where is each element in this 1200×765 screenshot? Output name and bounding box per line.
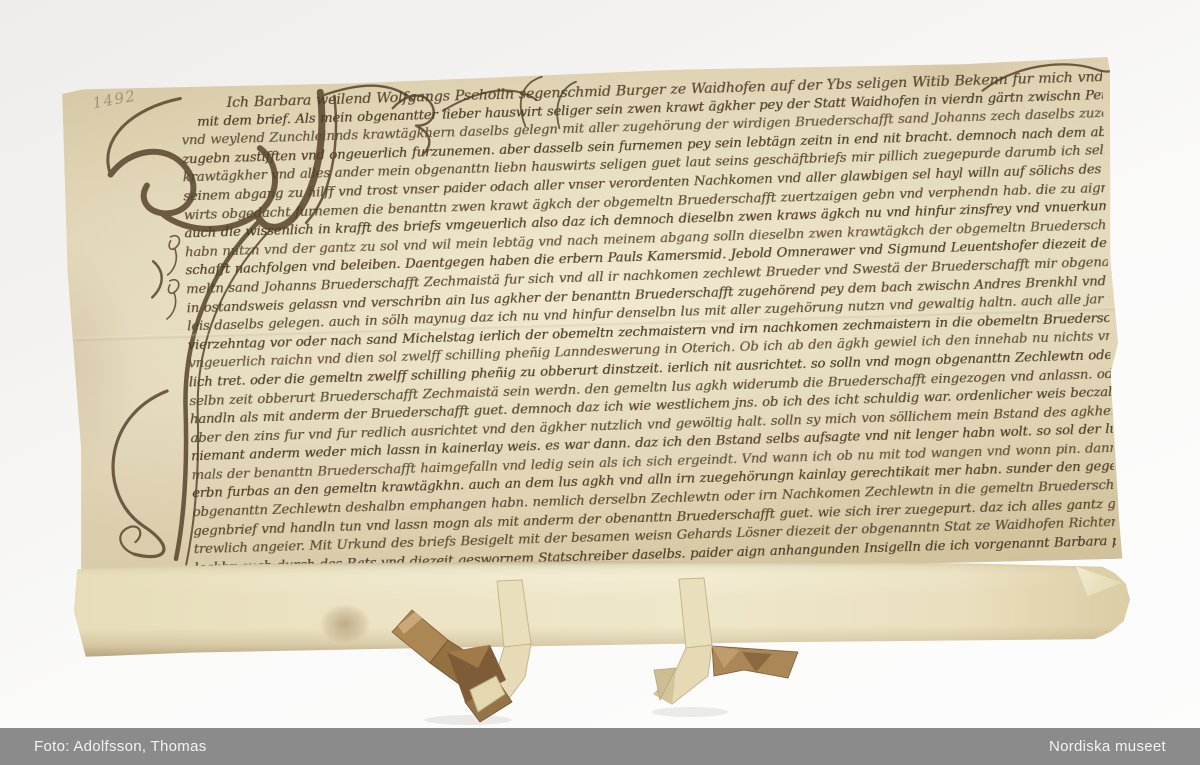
pencil-annotation: 1492 <box>91 87 138 113</box>
left-cream-tip <box>470 676 505 712</box>
right-cream-strap-lower <box>654 645 712 704</box>
margin-s-hook <box>120 526 141 554</box>
plica-fold <box>74 559 1130 657</box>
left-brown-knot <box>447 645 506 702</box>
parchment-sheet: 1492 Ic <box>62 57 1124 590</box>
initial-top-swash <box>106 98 182 174</box>
photo-credit: Foto: Adolfsson, Thomas <box>34 738 207 755</box>
photo-stage: 1492 Ic <box>0 0 1200 728</box>
right-brown-facet-light <box>712 646 740 668</box>
left-brown-knot-facet <box>447 645 490 668</box>
institution-name: Nordiska museet <box>1049 738 1166 755</box>
fold-dog-ear <box>1076 566 1122 596</box>
caption-bar: Foto: Adolfsson, Thomas Nordiska museet <box>0 728 1200 765</box>
left-brown-tail <box>465 684 512 722</box>
margin-squiggle-1 <box>166 236 180 275</box>
manuscript-text: Ich Barbara weilend Wolfgangs Pscholln s… <box>180 68 1116 586</box>
right-brown-facet-dark <box>742 652 772 672</box>
margin-s-flourish <box>111 391 172 558</box>
margin-bracket <box>151 261 162 297</box>
right-cream-side-triangle <box>654 668 676 700</box>
right-cream-fold-facet <box>654 670 676 704</box>
right-tongue-shadow <box>652 707 728 717</box>
right-brown-crumple <box>712 646 798 678</box>
margin-squiggle-2 <box>166 280 180 319</box>
left-tongue-shadow <box>424 715 512 725</box>
left-cream-strap-lower <box>482 644 531 708</box>
